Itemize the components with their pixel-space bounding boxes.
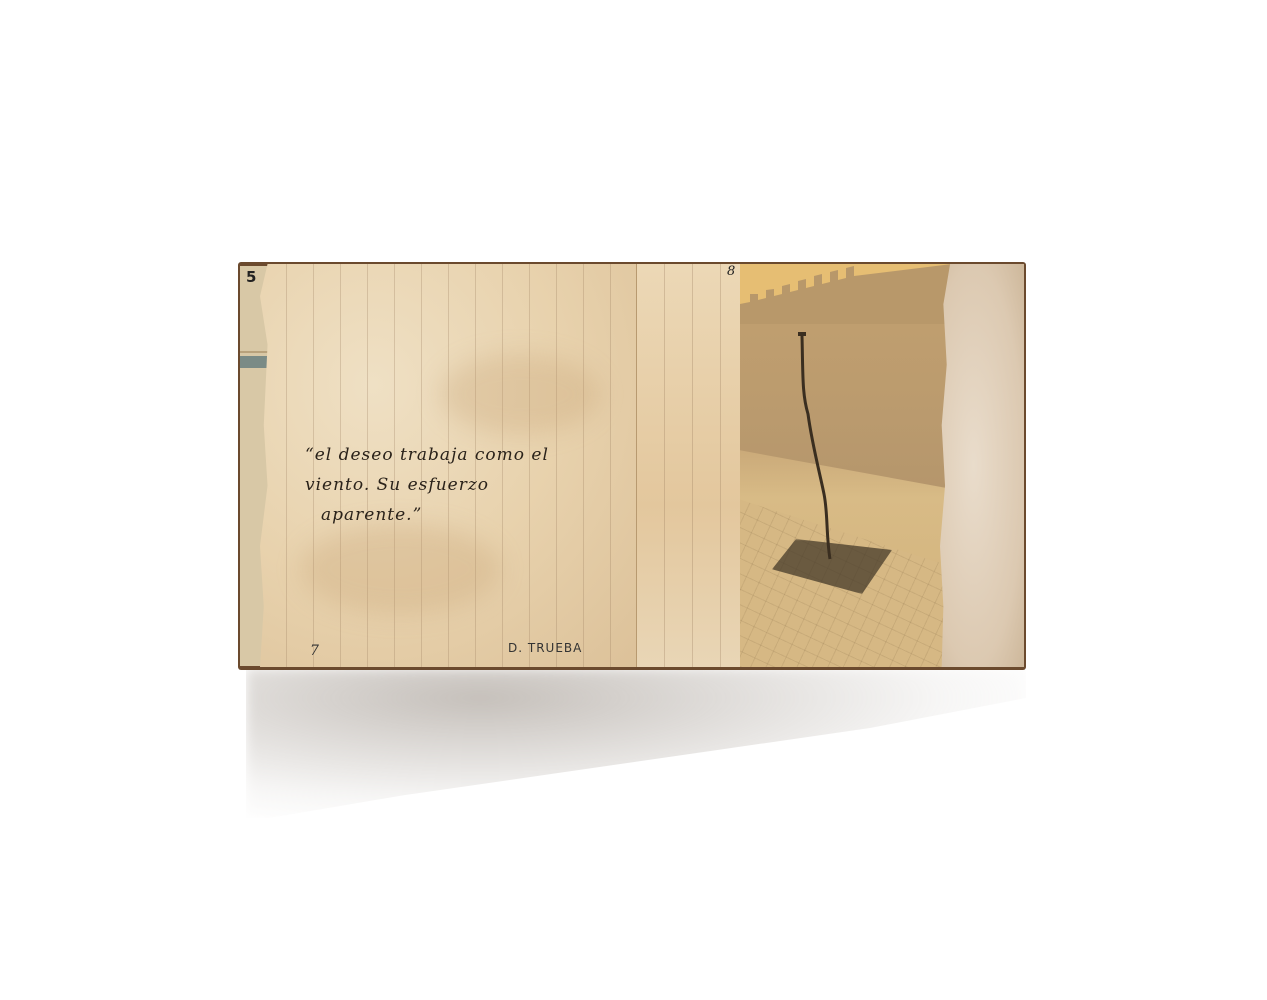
handwritten-quote: “el deseo trabaja como el viento. Su esf… bbox=[305, 440, 549, 530]
underlying-page-rule bbox=[240, 351, 270, 353]
quote-line: “el deseo trabaja como el bbox=[305, 440, 549, 470]
paper-stain bbox=[300, 524, 500, 614]
sepia-photograph bbox=[740, 264, 952, 667]
page-gutter-strip bbox=[636, 264, 741, 667]
underlying-page-stripe bbox=[240, 356, 270, 368]
quote-line: aparente.” bbox=[305, 500, 549, 530]
right-page-number: 8 bbox=[727, 264, 735, 279]
underlying-page-number: 5 bbox=[246, 268, 256, 286]
left-page-number: 7 bbox=[310, 643, 319, 659]
signature: D. TRUEBA bbox=[508, 641, 582, 655]
book-shadow bbox=[246, 668, 1026, 818]
quote-line: viento. Su esfuerzo bbox=[305, 470, 549, 500]
paper-stain bbox=[440, 354, 600, 434]
tree-trunk-icon bbox=[740, 264, 952, 667]
torn-paper-flap bbox=[940, 264, 1024, 667]
